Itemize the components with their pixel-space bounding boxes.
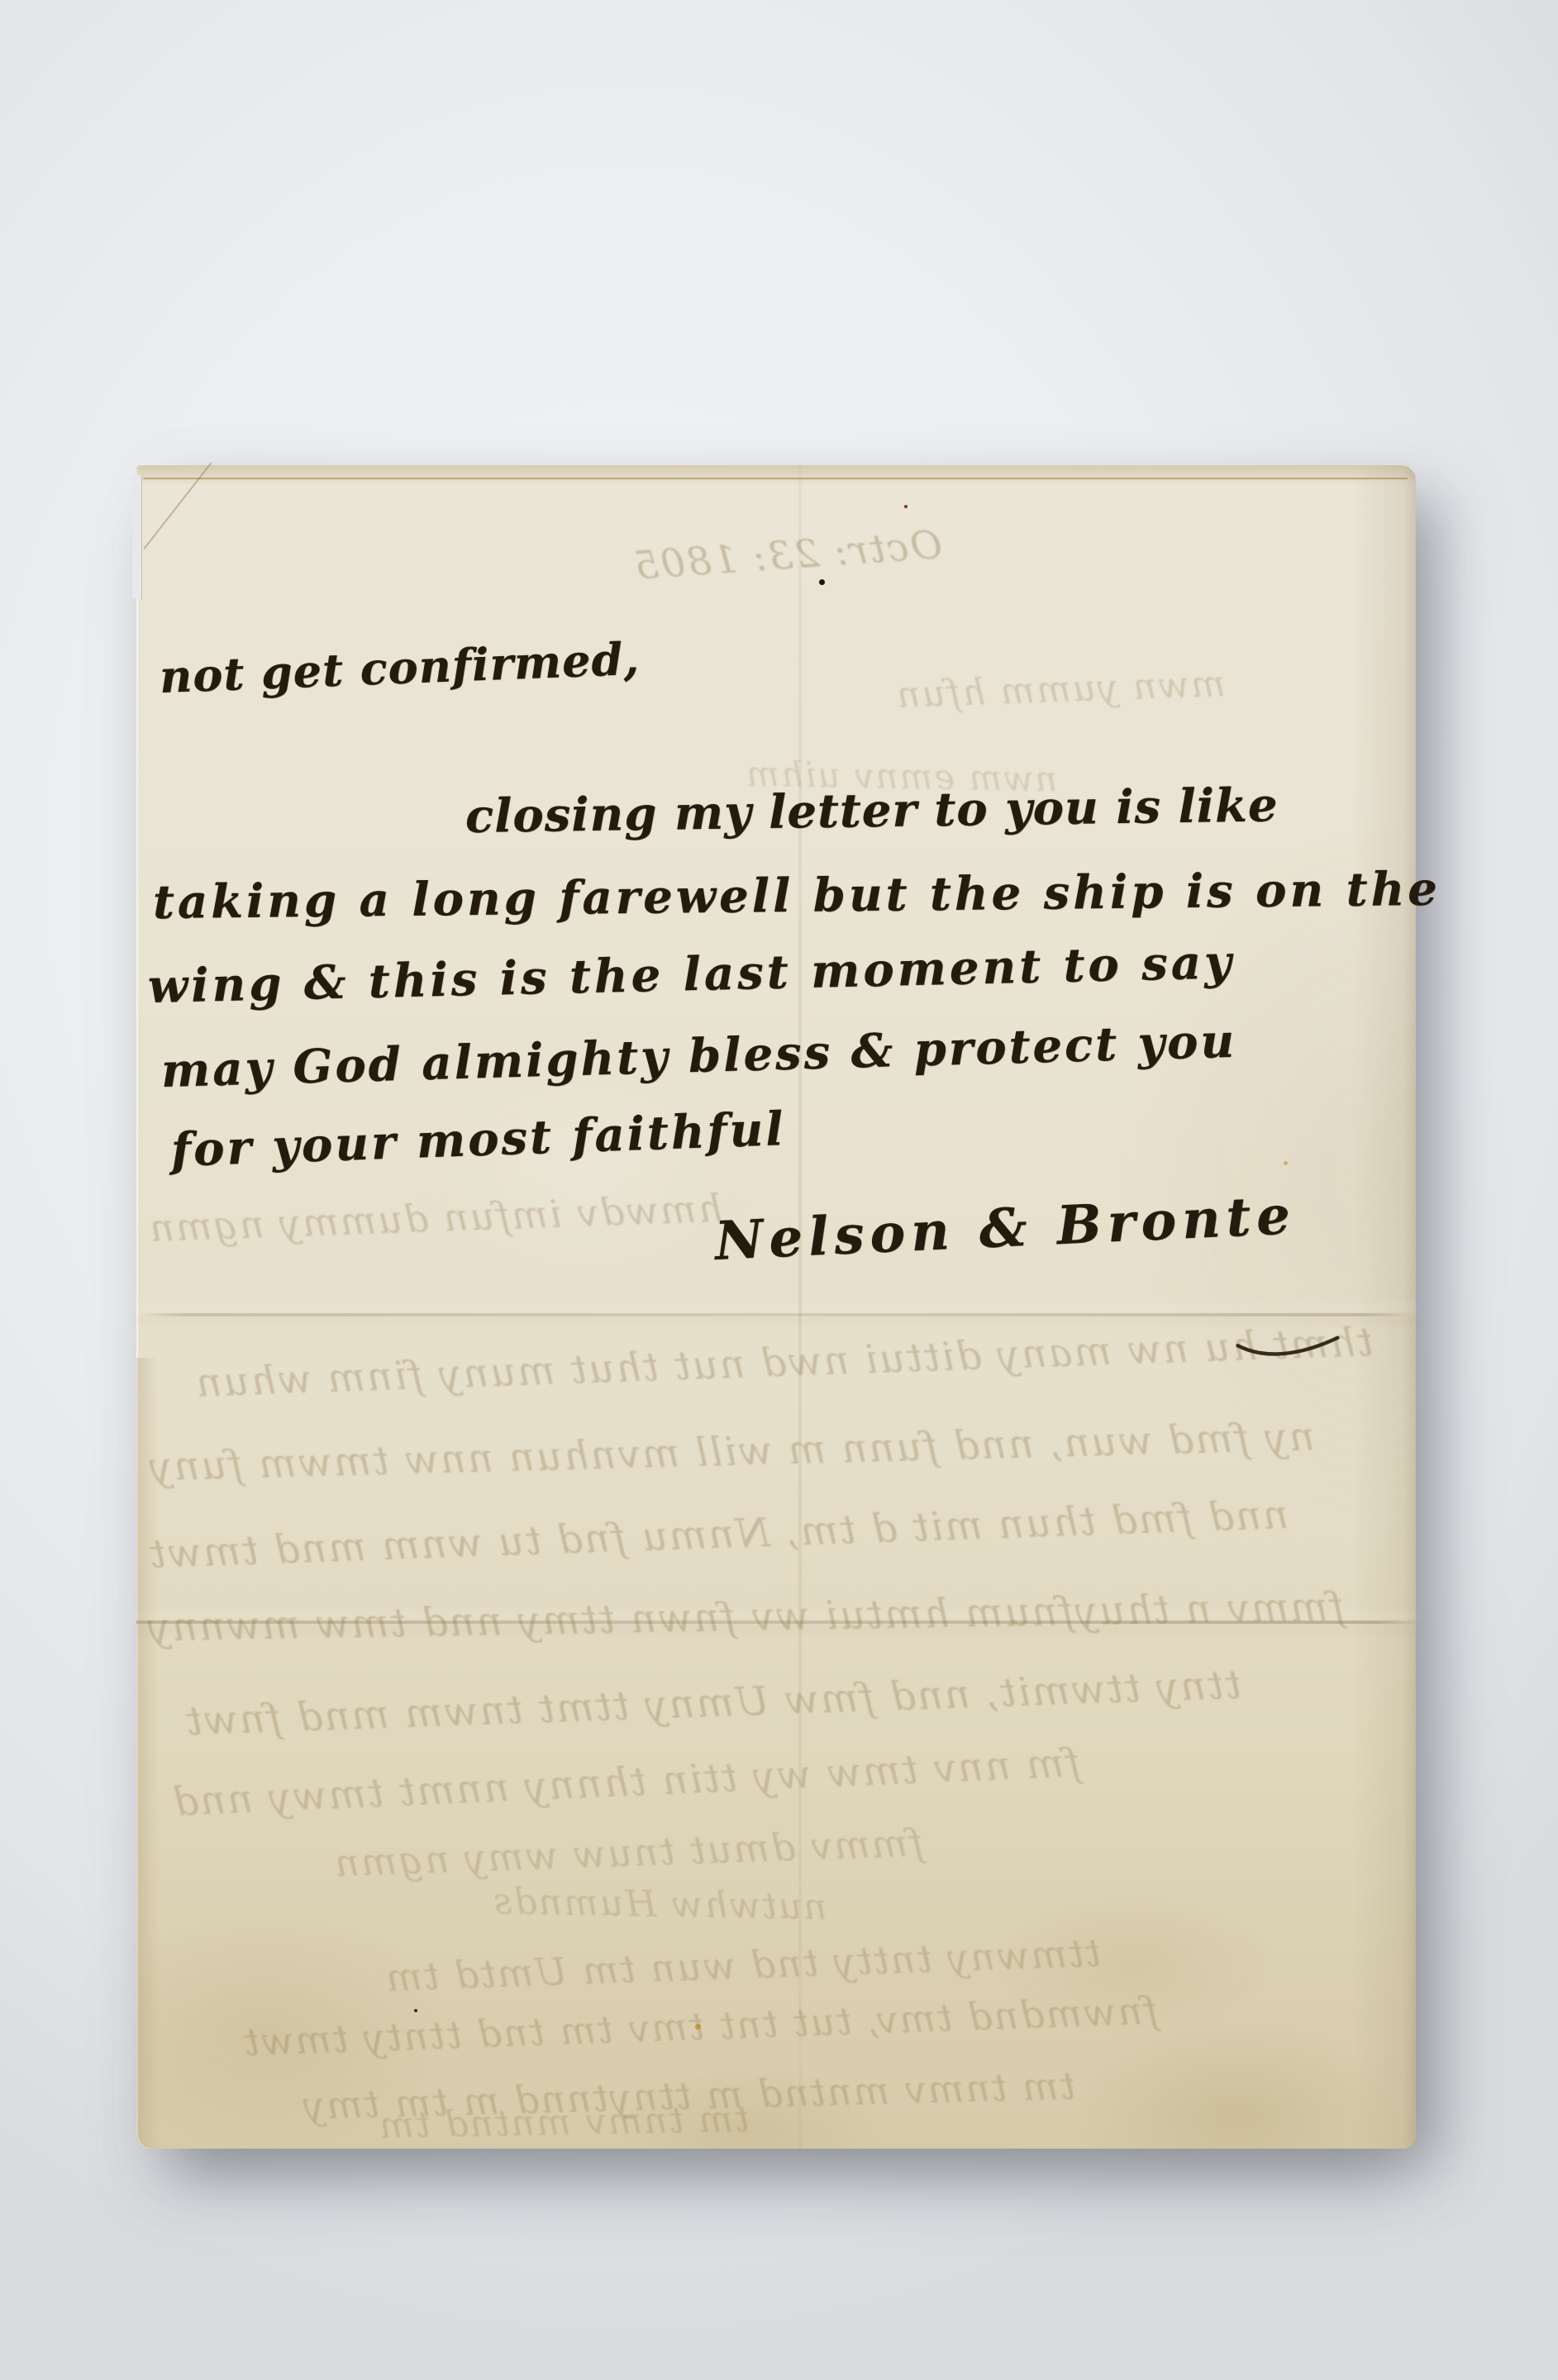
- showthrough-line: fm nnv tmw wy ttin thnny nnmt tmwy nnd: [170, 1740, 1081, 1825]
- horizontal-fold-crease-upper: [136, 1313, 1416, 1316]
- letter-line: closing my letter to you is like: [465, 778, 1279, 844]
- showthrough-line: nnd fmd thun mit d tm, Nnmu fnd tu wnm m…: [147, 1492, 1289, 1578]
- folded-corner-crease: [144, 462, 212, 549]
- showthrough-line: ttmwny tntty tnd wun tm Umtd tm: [384, 1930, 1101, 2000]
- showthrough-line: hmwdv imfun dummy ngmn: [147, 1186, 723, 1250]
- folded-corner-gap: [132, 474, 142, 599]
- showthrough-line: fmmv n thuyfnum hmtui wv fnwn ttmy nnd t…: [146, 1583, 1345, 1650]
- letter-line: for your most faithful: [170, 1102, 787, 1178]
- showthrough-line: ttny ttwmit, nnd fmw Umny ttmt tnwm mnd …: [183, 1662, 1241, 1745]
- red-speck: [904, 505, 908, 508]
- letter-paper: Octr: 23: 1805 mwn yumm hfun nwm emnv ui…: [136, 465, 1416, 2149]
- showthrough-line: ny fmd wun, nnd funn m will mvnhun nnw t…: [148, 1414, 1316, 1491]
- showthrough-line: thmt hu nw many dittui nwd nut thut muny…: [193, 1319, 1374, 1407]
- letter-line: may God almighty bless & protect you: [160, 1014, 1237, 1098]
- showthrough-line: nutwhw Humnds: [492, 1880, 827, 1928]
- foxing-speck: [695, 2024, 701, 2030]
- showthrough-line: tm tnmv mntnd tm: [378, 2098, 750, 2147]
- ink-speck: [414, 2009, 417, 2012]
- top-edge-browning-line: [143, 478, 1408, 479]
- letter-line: wing & this is the last moment to say: [147, 935, 1235, 1014]
- showthrough-line: fmmv dmut tnuw wmy ngmn: [332, 1821, 924, 1886]
- showthrough-line: mwn yumm hfun: [894, 663, 1226, 716]
- ink-speck: [819, 579, 825, 585]
- photograph-backdrop: Octr: 23: 1805 mwn yumm hfun nwm emnv ui…: [0, 0, 1558, 2380]
- showthrough-date: Octr: 23: 1805: [631, 522, 944, 589]
- foxing-speck: [1284, 1161, 1288, 1165]
- letter-line: not get confirmed,: [159, 632, 641, 703]
- letter-line: taking a long farewell but the ship is o…: [153, 862, 1441, 930]
- signature: Nelson & Bronte: [713, 1184, 1297, 1273]
